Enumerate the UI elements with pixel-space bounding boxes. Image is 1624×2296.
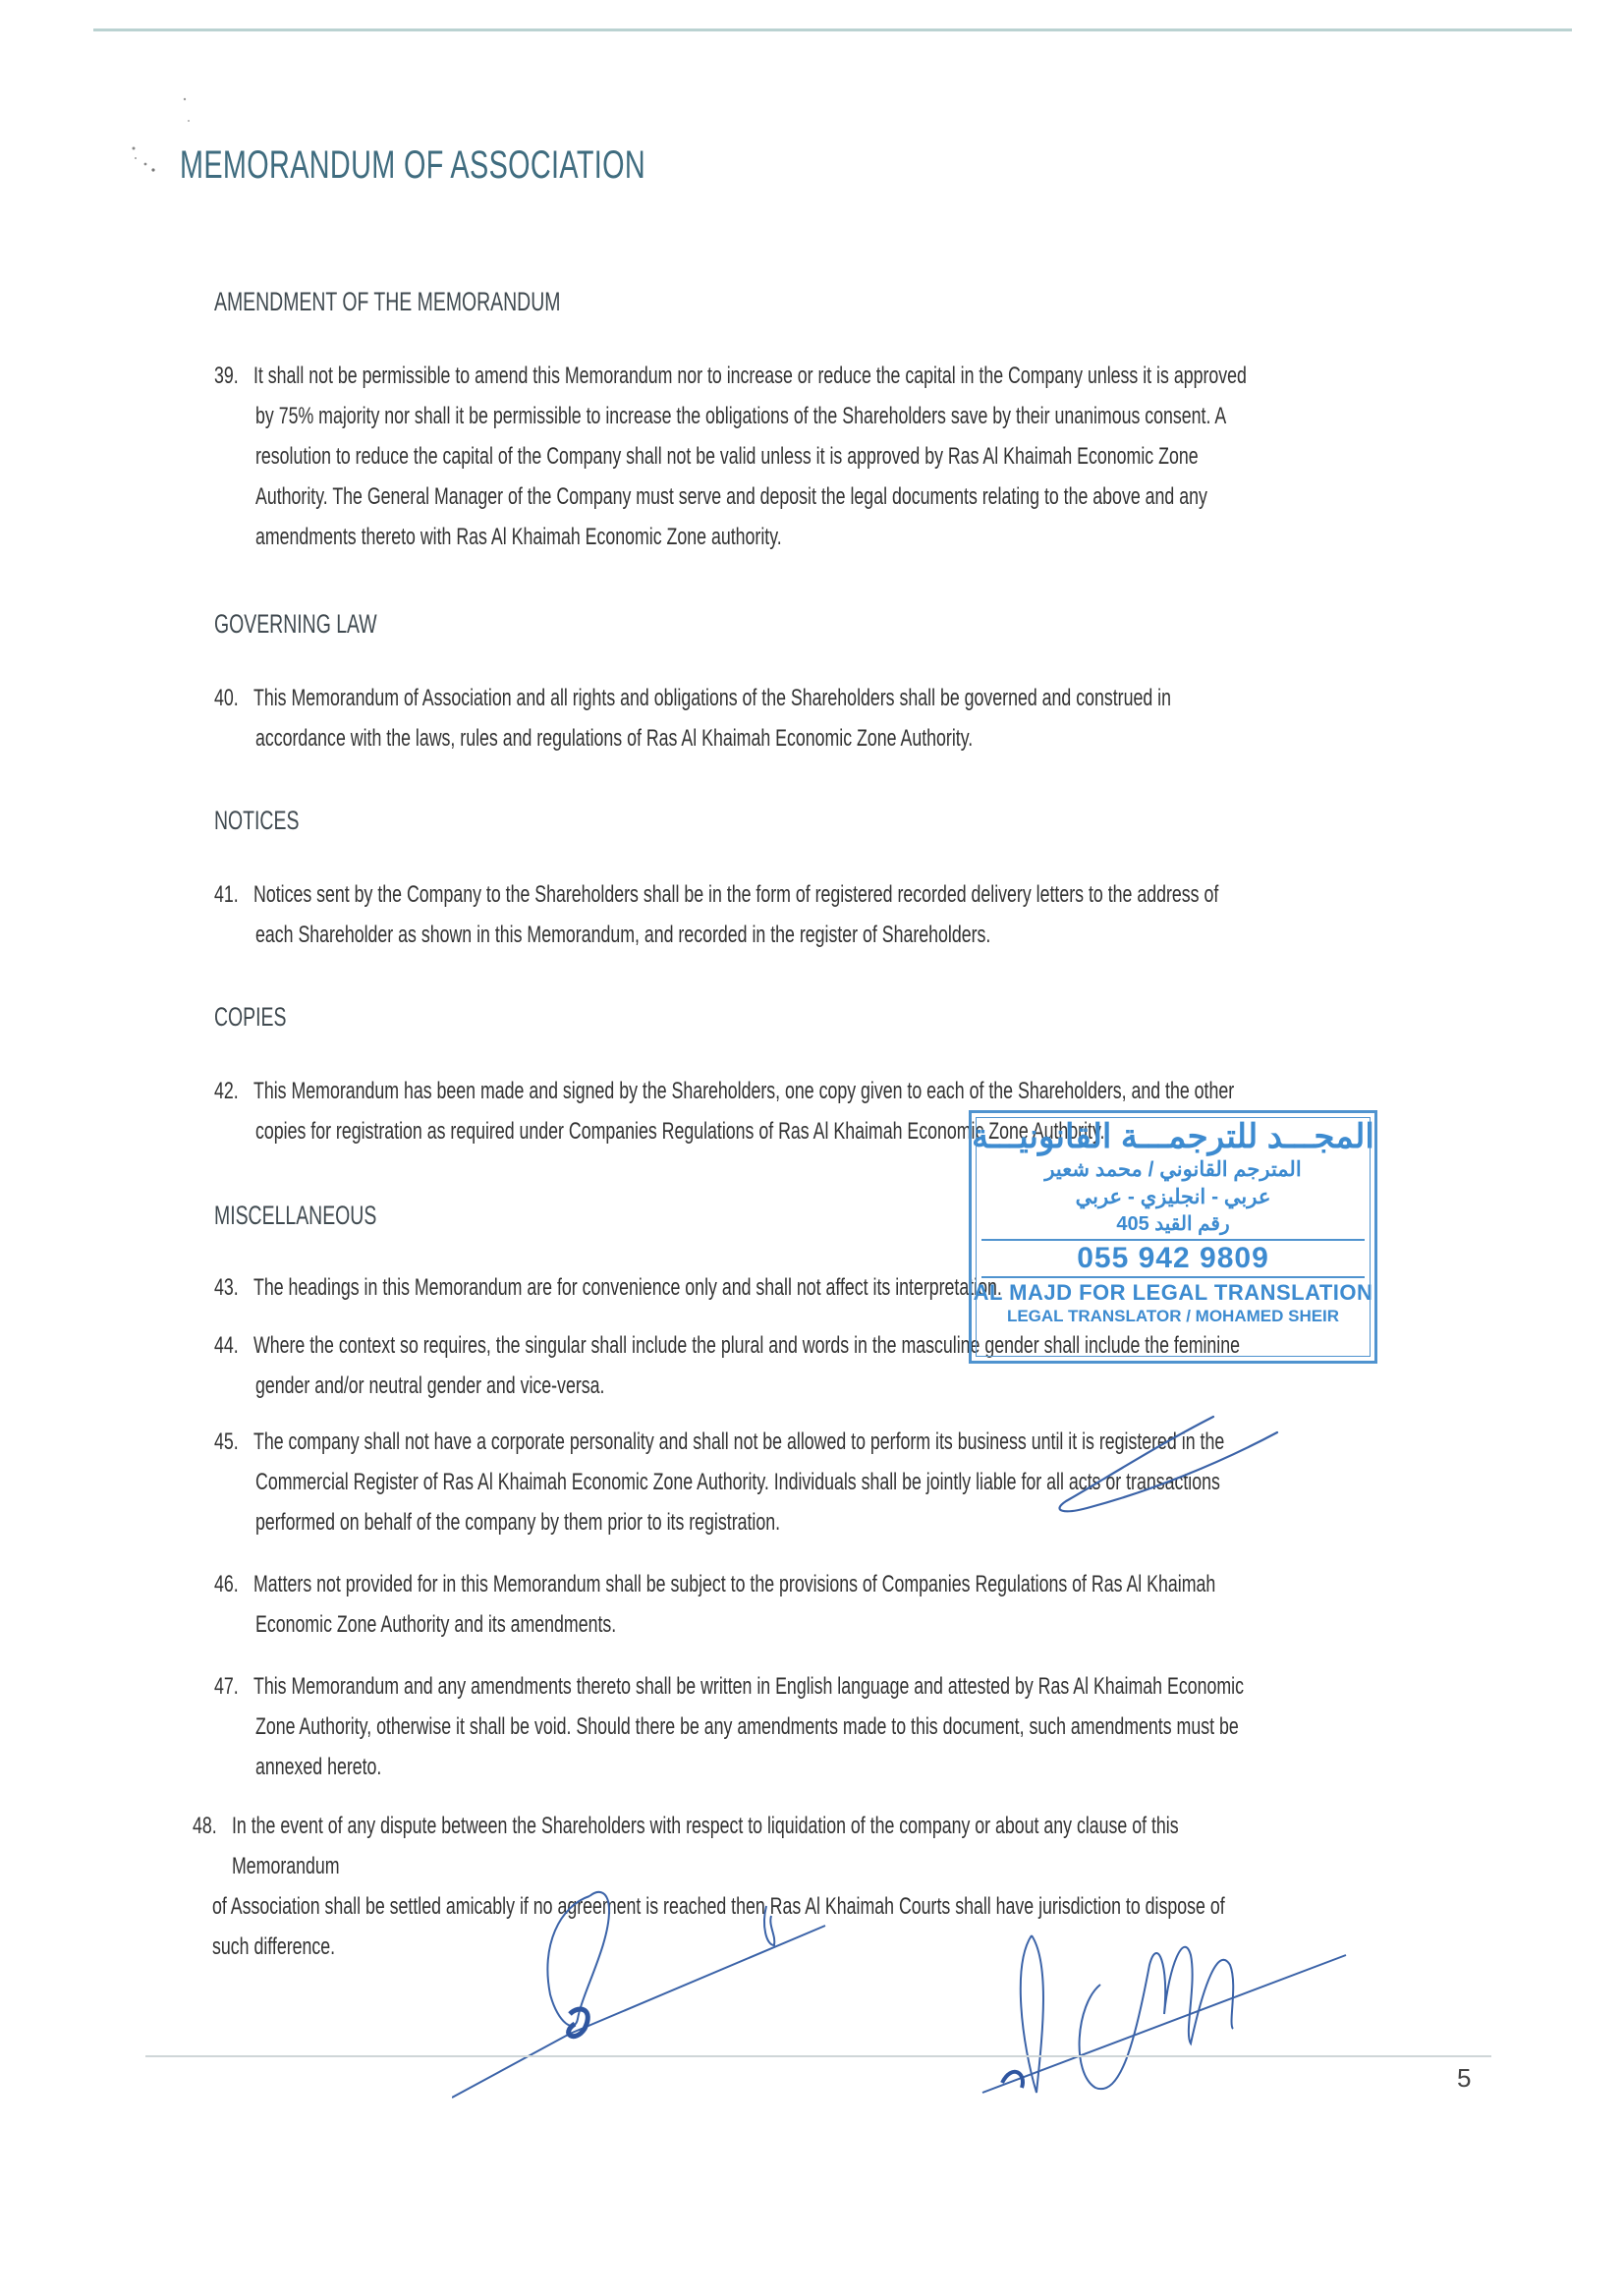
heading-copies: COPIES	[214, 1002, 286, 1033]
clause-line: gender and/or neutral gender and vice-ve…	[255, 1366, 1141, 1406]
header-rule	[93, 28, 1572, 31]
clause-number: 45.	[214, 1422, 239, 1462]
clause-line: resolution to reduce the capital of the …	[255, 436, 1141, 476]
clause-line: This Memorandum has been made and signed…	[253, 1071, 1141, 1111]
clause-line: accordance with the laws, rules and regu…	[255, 718, 1141, 758]
clause-line: This Memorandum of Association and all r…	[253, 678, 1141, 718]
clause-46: 46. Matters not provided for in this Mem…	[214, 1564, 1452, 1645]
clause-number: 44.	[214, 1325, 239, 1366]
clause-number: 41.	[214, 874, 239, 915]
clause-47: 47. This Memorandum and any amendments t…	[214, 1666, 1452, 1787]
clause-number: 39.	[214, 356, 239, 396]
translator-stamp: المجـــد للترجمـــة القانونيـــة المترجم…	[969, 1110, 1377, 1364]
clause-line: amendments thereto with Ras Al Khaimah E…	[255, 517, 1141, 557]
stamp-english-translator: LEGAL TRANSLATOR / MOHAMED SHEIR	[972, 1306, 1374, 1327]
signature-left	[452, 1886, 835, 2102]
clause-line: Memorandum	[232, 1846, 1119, 1886]
clause-line: Notices sent by the Company to the Share…	[253, 874, 1141, 915]
clause-39: 39. It shall not be permissible to amend…	[214, 356, 1452, 557]
page-number: 5	[1457, 2063, 1471, 2094]
stamp-english-name: AL MAJD FOR LEGAL TRANSLATION	[972, 1280, 1374, 1306]
clause-line: In the event of any dispute between the …	[232, 1806, 1119, 1846]
stamp-divider	[981, 1239, 1365, 1241]
heading-amendment: AMENDMENT OF THE MEMORANDUM	[214, 287, 560, 317]
clause-line: each Shareholder as shown in this Memora…	[255, 915, 1141, 955]
clause-line: annexed hereto.	[255, 1747, 1141, 1787]
stamp-arabic-translator: المترجم القانوني / محمد شعير	[972, 1156, 1374, 1184]
clause-line: Matters not provided for in this Memoran…	[253, 1564, 1141, 1604]
handwritten-mark	[1012, 1405, 1307, 1523]
clause-line: Zone Authority, otherwise it shall be vo…	[255, 1707, 1141, 1747]
heading-governing-law: GOVERNING LAW	[214, 609, 377, 640]
clause-number: 42.	[214, 1071, 239, 1111]
clause-number: 46.	[214, 1564, 239, 1604]
stamp-phone: 055 942 9809	[972, 1243, 1374, 1274]
clause-line: Authority. The General Manager of the Co…	[255, 476, 1141, 517]
clause-line: Commercial Register of Ras Al Khaimah Ec…	[255, 1462, 1141, 1502]
stamp-arabic-registration: رقم القيد 405	[972, 1211, 1374, 1237]
signature-right	[973, 1926, 1356, 2102]
stamp-arabic-name: المجـــد للترجمـــة القانونيـــة	[972, 1117, 1374, 1156]
clause-line: This Memorandum and any amendments there…	[253, 1666, 1141, 1707]
clause-line: performed on behalf of the company by th…	[255, 1502, 1141, 1542]
document-title: MEMORANDUM OF ASSOCIATION	[180, 143, 645, 188]
stamp-divider	[981, 1276, 1365, 1278]
clause-line: It shall not be permissible to amend thi…	[253, 356, 1141, 396]
heading-miscellaneous: MISCELLANEOUS	[214, 1201, 376, 1231]
clause-number: 40.	[214, 678, 239, 718]
clause-line: The company shall not have a corporate p…	[253, 1422, 1141, 1462]
clause-number: 47.	[214, 1666, 239, 1707]
clause-number: 48.	[193, 1806, 217, 1846]
footer-rule	[145, 2055, 1491, 2057]
clause-line: by 75% majority nor shall it be permissi…	[255, 396, 1141, 436]
clause-40: 40. This Memorandum of Association and a…	[214, 678, 1452, 758]
clause-41: 41. Notices sent by the Company to the S…	[214, 874, 1452, 955]
heading-notices: NOTICES	[214, 806, 299, 836]
stamp-arabic-languages: عربي - انجليزي - عربي	[972, 1184, 1374, 1211]
clause-number: 43.	[214, 1267, 239, 1308]
clause-line: Economic Zone Authority and its amendmen…	[255, 1604, 1141, 1645]
